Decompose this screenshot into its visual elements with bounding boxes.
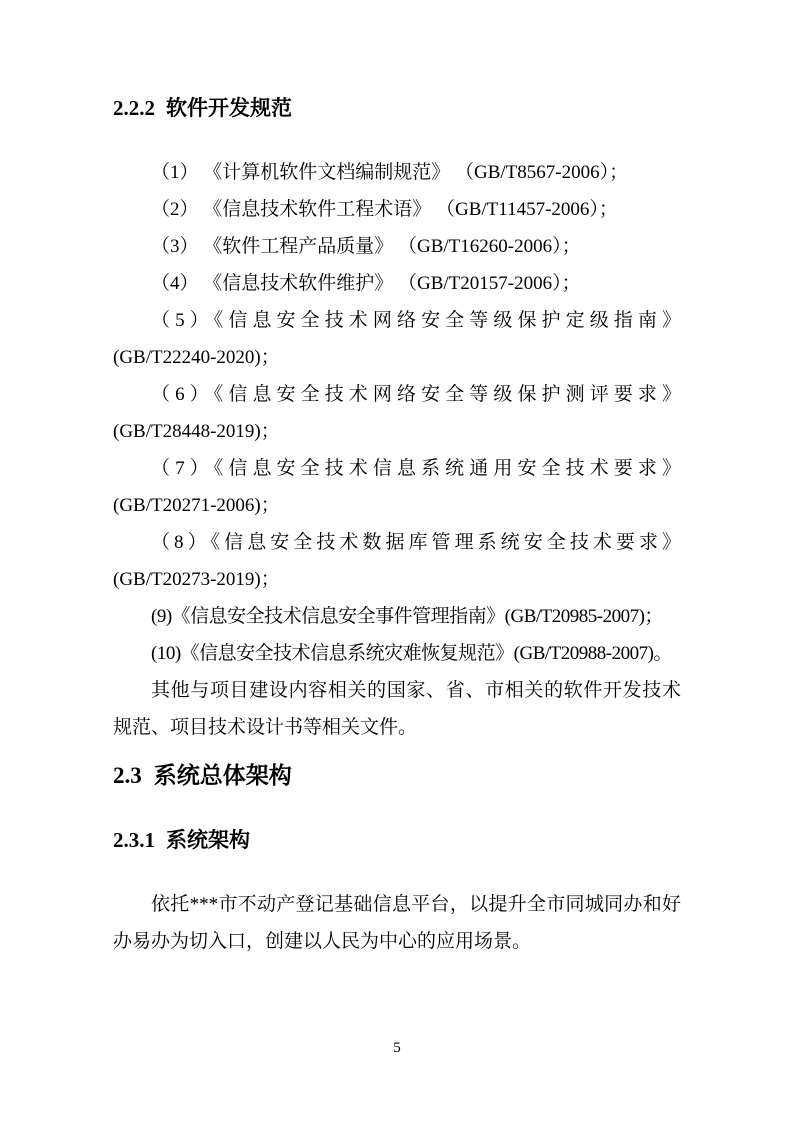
page-content: 2.2.2软件开发规范 （1） 《计算机软件文档编制规范》 （GB/T8567-… [113,90,681,960]
list-item-1: （1） 《计算机软件文档编制规范》 （GB/T8567-2006）； [113,154,681,191]
list-item-5-standard-number: (GB/T22240-2020)； [113,339,681,376]
list-item-4: （4） 《信息技术软件维护》 （GB/T20157-2006）； [113,265,681,302]
list-item-3: （3） 《软件工程产品质量》 （GB/T16260-2006）； [113,228,681,265]
list-item-5: （5）《信息安全技术网络安全等级保护定级指南》 (GB/T22240-2020)… [113,302,681,376]
list-item-5-title-line: （5）《信息安全技术网络安全等级保护定级指南》 [113,302,681,339]
list-item-7-title-line: （7）《信息安全技术信息系统通用安全技术要求》 [113,450,681,487]
closing-paragraph: 其他与项目建设内容相关的国家、省、市相关的软件开发技术规范、项目技术设计书等相关… [113,672,681,746]
body-paragraph: 依托***市不动产登记基础信息平台，以提升全市同城同办和好办易办为切入口，创建以… [113,886,681,960]
heading-number: 2.3.1 [113,828,155,852]
heading-title: 系统总体架构 [154,763,292,788]
list-item-8: （8）《信息安全技术数据库管理系统安全技术要求》 (GB/T20273-2019… [113,524,681,598]
heading-number: 2.3 [113,763,142,788]
list-item-8-title-line: （8）《信息安全技术数据库管理系统安全技术要求》 [113,524,681,561]
heading-title: 系统架构 [166,828,250,852]
document-page: 2.2.2软件开发规范 （1） 《计算机软件文档编制规范》 （GB/T8567-… [0,0,794,1122]
heading-number: 2.2.2 [113,96,155,120]
list-item-9: (9)《信息安全技术信息安全事件管理指南》(GB/T20985-2007)； [113,598,681,635]
list-item-6-standard-number: (GB/T28448-2019)； [113,413,681,450]
list-item-6-title-line: （6）《信息安全技术网络安全等级保护测评要求》 [113,376,681,413]
list-item-7-standard-number: (GB/T20271-2006)； [113,487,681,524]
heading-title: 软件开发规范 [166,96,292,120]
list-item-6: （6）《信息安全技术网络安全等级保护测评要求》 (GB/T28448-2019)… [113,376,681,450]
heading-2-2-2: 2.2.2软件开发规范 [113,90,681,127]
list-item-8-standard-number: (GB/T20273-2019)； [113,561,681,598]
list-item-2: （2） 《信息技术软件工程术语》 （GB/T11457-2006）； [113,191,681,228]
heading-2-3: 2.3系统总体架构 [113,756,681,795]
list-item-7: （7）《信息安全技术信息系统通用安全技术要求》 (GB/T20271-2006)… [113,450,681,524]
page-number: 5 [0,1038,794,1058]
heading-2-3-1: 2.3.1系统架构 [113,820,681,860]
list-item-10: (10)《信息安全技术信息系统灾难恢复规范》(GB/T20988-2007)。 [113,635,681,672]
